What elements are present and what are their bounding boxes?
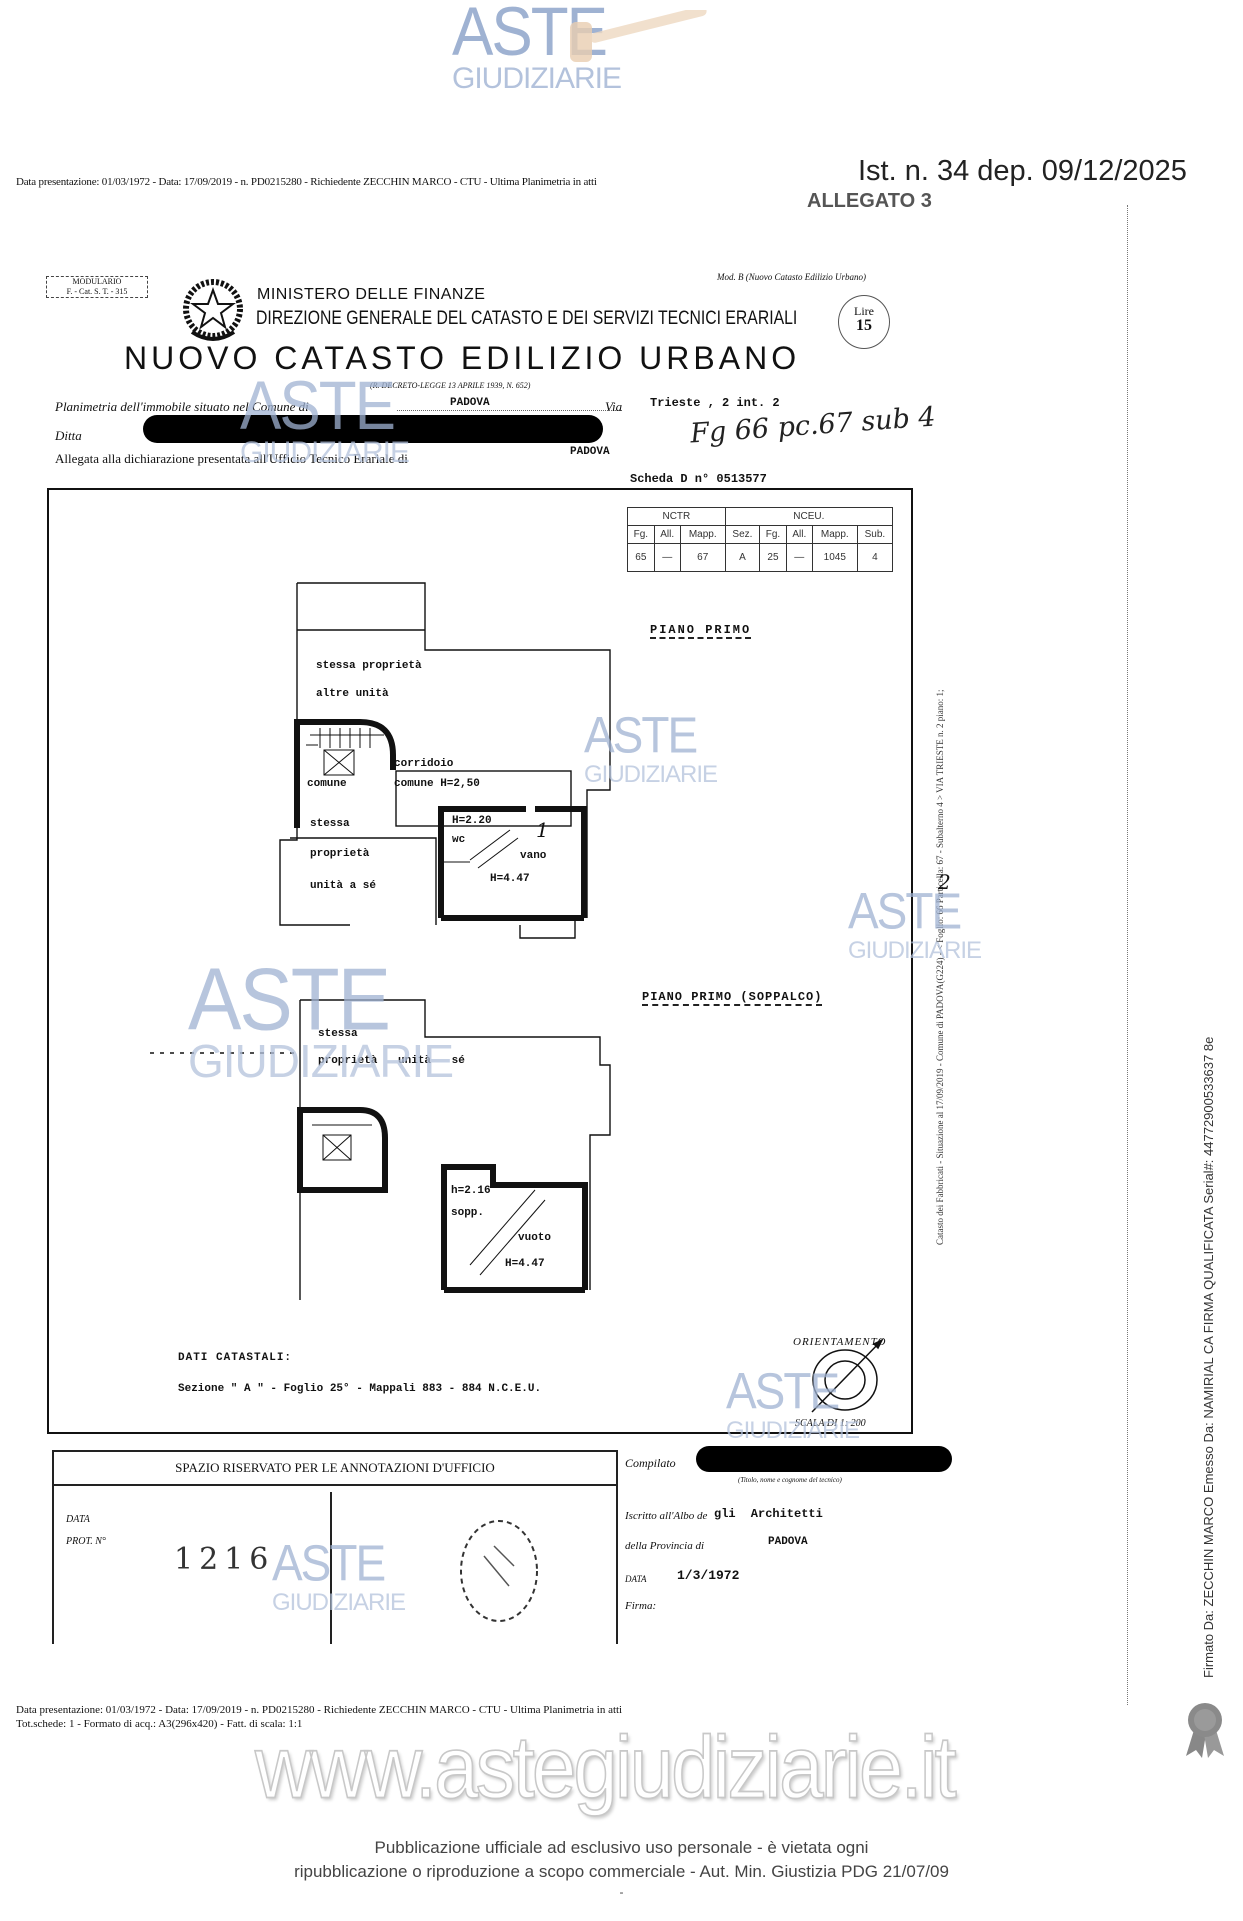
footer-line-1: Data presentazione: 01/03/1972 - Data: 1… <box>16 1704 622 1716</box>
compiler-date-label: DATA <box>625 1574 647 1584</box>
disclaimer-line-1: Pubblicazione ufficiale ad esclusivo uso… <box>0 1838 1243 1858</box>
office-prot-value: 1216 <box>174 1542 274 1577</box>
compiler-sub-label: (Titolo, nome e cognome del tecnico) <box>738 1476 842 1484</box>
label-mezz-height: h=2.16 <box>451 1185 491 1197</box>
office-prot-label: PROT. N° <box>66 1536 106 1547</box>
province-value: PADOVA <box>768 1536 808 1548</box>
label-corridor-height: comune H=2,50 <box>394 778 480 790</box>
label-void-height: H=4.47 <box>505 1258 545 1270</box>
cadastral-data: Sezione " A " - Foglio 25° - Mappali 883… <box>178 1383 541 1395</box>
disclaimer-line-2: ripubblicazione o riproduzione a scopo c… <box>0 1862 1243 1882</box>
scale-label: SCALA DI 1: 200 <box>795 1418 866 1429</box>
label-f2-owner: proprietà unità sé <box>318 1055 465 1067</box>
disclaimer-line-3: - <box>0 1885 1243 1899</box>
room-number: 1 <box>536 818 549 842</box>
redacted-compiler <box>696 1446 952 1472</box>
digital-signature: Firmato Da: ZECCHIN MARCO Emesso Da: NAM… <box>1201 958 1216 1678</box>
office-stamp-icon <box>454 1516 544 1626</box>
compiler-label: Compilato <box>625 1456 676 1471</box>
label-room-height: H=4.47 <box>490 873 530 885</box>
label-room: vano <box>520 850 546 862</box>
label-stair-common: comune <box>307 778 347 790</box>
signature-label: Firma: <box>625 1600 656 1612</box>
label-same-left-1: stessa <box>310 818 350 830</box>
orientation-label: ORIENTAMENTO <box>793 1336 887 1348</box>
label-void: vuoto <box>518 1232 551 1244</box>
cadastral-data-title: DATI CATASTALI: <box>178 1352 292 1364</box>
province-label: della Provincia di <box>625 1540 704 1552</box>
office-date-label: DATA <box>66 1514 90 1525</box>
side-mark: 2 <box>938 870 951 894</box>
label-wc-height: H=2.20 <box>452 815 492 827</box>
label-same-owner: stessa proprietà <box>316 660 422 672</box>
side-stamp: Catasto dei Fabbricati - Situazione al 1… <box>935 625 945 1245</box>
office-box: SPAZIO RISERVATO PER LE ANNOTAZIONI D'UF… <box>52 1450 618 1644</box>
label-other-units: altre unità <box>316 688 389 700</box>
albo-label: Iscritto all'Albo de <box>625 1510 707 1522</box>
label-same-left-3: unità a sé <box>310 880 376 892</box>
office-box-title: SPAZIO RISERVATO PER LE ANNOTAZIONI D'UF… <box>54 1452 616 1486</box>
label-f2-same: stessa <box>318 1028 358 1040</box>
office-box-divider <box>330 1492 332 1644</box>
certificate-seal-icon <box>1180 1700 1230 1760</box>
label-wc: wc <box>452 834 465 846</box>
compiler-date-value: 1/3/1972 <box>677 1568 739 1583</box>
watermark-url: www.astegiudiziarie.it <box>255 1717 954 1818</box>
compass-icon <box>812 1340 882 1412</box>
label-mezz: sopp. <box>451 1207 484 1219</box>
label-corridor: corridoio <box>394 758 453 770</box>
albo-value: gli Architetti <box>714 1507 823 1521</box>
label-same-left-2: proprietà <box>310 848 369 860</box>
